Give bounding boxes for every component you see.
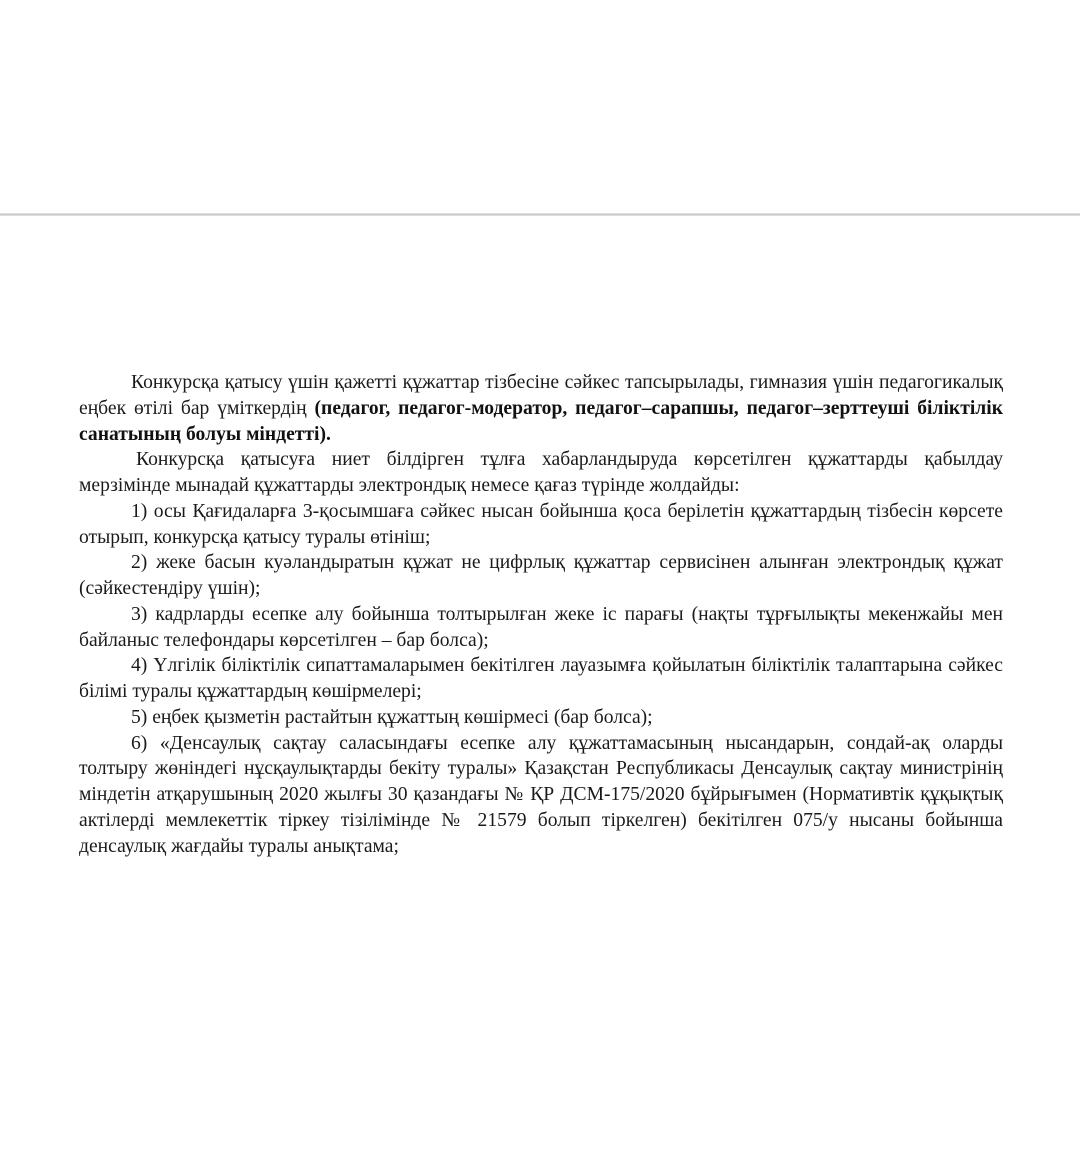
list-item: 2) жеке басын куәландыратын құжат не циф… [79, 550, 1003, 602]
list-item: 3) кадрларды есепке алу бойынша толтырыл… [79, 602, 1003, 654]
list-item: 6) «Денсаулық сақтау саласындағы есепке … [79, 731, 1003, 860]
top-divider [0, 213, 1080, 216]
list-item: 1) осы Қағидаларға 3-қосымшаға сәйкес ны… [79, 499, 1003, 551]
paragraph-requirements: Конкурсқа қатысу үшін қажетті құжаттар т… [79, 370, 1003, 447]
list-item: 5) еңбек қызметін растайтын құжаттың көш… [79, 705, 1003, 731]
list-item: 4) Үлгілік біліктілік сипаттамаларымен б… [79, 653, 1003, 705]
document-body: Конкурсқа қатысу үшін қажетті құжаттар т… [79, 370, 1003, 859]
paragraph-submission: Конкурсқа қатысуға ниет білдірген тұлға … [79, 447, 1003, 499]
